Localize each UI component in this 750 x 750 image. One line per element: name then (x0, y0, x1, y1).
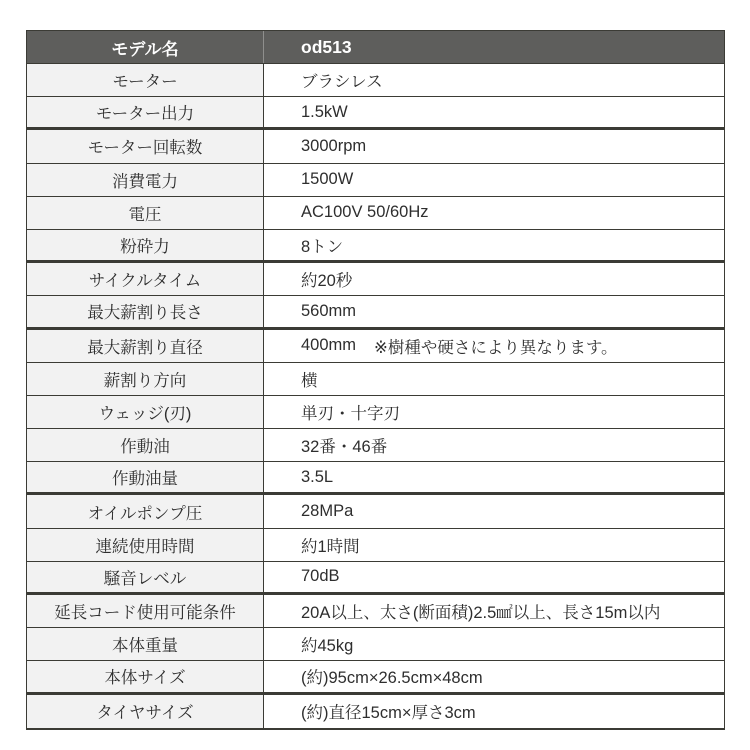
spec-row: 消費電力 1500W (27, 164, 724, 197)
spec-row: モーター出力 1.5kW (27, 97, 724, 130)
spec-label: オイルポンプ圧 (27, 495, 264, 527)
spec-row: モーター回転数 3000rpm (27, 130, 724, 163)
spec-value-text: 70dB (301, 567, 340, 586)
spec-row: 最大薪割り長さ 560mm (27, 296, 724, 329)
spec-row: 粉砕力 8トン (27, 230, 724, 263)
spec-label: 薪割り方向 (27, 363, 264, 395)
spec-value-text: 28MPa (301, 502, 353, 521)
spec-value-text: 3.5L (301, 468, 333, 487)
spec-label: ウェッジ(刃) (27, 396, 264, 428)
spec-value-text: 1.5kW (301, 103, 348, 122)
product-spec-table: モデル名 od513 モーター ブラシレス モーター出力 1.5kW モーター回… (26, 30, 725, 730)
spec-value-cell: 400mm ※樹種や硬さにより異なります。 (264, 330, 724, 362)
spec-label: 最大薪割り直径 (27, 330, 264, 362)
spec-label: 電圧 (27, 197, 264, 229)
spec-value-text: 3000rpm (301, 137, 366, 156)
spec-value-text: 20A以上、太さ(断面積)2.5㎟以上、長さ15m以内 (301, 599, 660, 623)
spec-row: 最大薪割り直径 400mm ※樹種や硬さにより異なります。 (27, 330, 724, 363)
spec-row: ウェッジ(刃) 単刃・十字刃 (27, 396, 724, 429)
spec-value-text: 400mm (301, 336, 356, 355)
spec-value-text: AC100V 50/60Hz (301, 203, 429, 222)
spec-value-cell: 単刃・十字刃 (264, 396, 724, 428)
spec-value-cell: 32番・46番 (264, 429, 724, 461)
spec-value-text: 横 (301, 367, 318, 391)
spec-row: 作動油量 3.5L (27, 462, 724, 495)
spec-row: モーター ブラシレス (27, 64, 724, 97)
spec-row: 本体サイズ (約)95cm×26.5cm×48cm (27, 661, 724, 694)
spec-value-cell: (約)直径15cm×厚さ3cm (264, 695, 724, 728)
header-model-name-label: モデル名 (27, 31, 264, 63)
spec-value-cell: ブラシレス (264, 64, 724, 96)
spec-value-text: 8トン (301, 233, 343, 257)
spec-value-text: (約)直径15cm×厚さ3cm (301, 699, 476, 723)
spec-value-cell: 約45kg (264, 628, 724, 660)
spec-row: 延長コード使用可能条件 20A以上、太さ(断面積)2.5㎟以上、長さ15m以内 (27, 595, 724, 628)
spec-label: 最大薪割り長さ (27, 296, 264, 326)
spec-label: 本体サイズ (27, 661, 264, 691)
spec-value-cell: 8トン (264, 230, 724, 260)
spec-value-cell: 約1時間 (264, 529, 724, 561)
spec-value-text: (約)95cm×26.5cm×48cm (301, 664, 483, 688)
spec-label: 連続使用時間 (27, 529, 264, 561)
spec-row: 電圧 AC100V 50/60Hz (27, 197, 724, 230)
spec-row: 騒音レベル 70dB (27, 562, 724, 595)
spec-value-cell: AC100V 50/60Hz (264, 197, 724, 229)
spec-value-cell: 70dB (264, 562, 724, 592)
spec-row: サイクルタイム 約20秒 (27, 263, 724, 296)
spec-value-text: 約20秒 (301, 267, 352, 291)
spec-value-cell: 1500W (264, 164, 724, 196)
spec-label: 粉砕力 (27, 230, 264, 260)
spec-value-text: 約45kg (301, 632, 353, 656)
spec-value-cell: 3000rpm (264, 130, 724, 162)
spec-value-note: ※樹種や硬さにより異なります。 (374, 334, 618, 358)
spec-label: 本体重量 (27, 628, 264, 660)
spec-value-cell: 20A以上、太さ(断面積)2.5㎟以上、長さ15m以内 (264, 595, 724, 627)
spec-row: 作動油 32番・46番 (27, 429, 724, 462)
spec-value-text: ブラシレス (301, 68, 383, 92)
spec-label: モーター回転数 (27, 130, 264, 162)
spec-value-text: 32番・46番 (301, 433, 387, 457)
spec-label: 騒音レベル (27, 562, 264, 592)
spec-value-text: 単刃・十字刃 (301, 400, 400, 424)
spec-value-cell: 560mm (264, 296, 724, 326)
spec-value-cell: 3.5L (264, 462, 724, 492)
spec-value-cell: 1.5kW (264, 97, 724, 127)
spec-label: 作動油 (27, 429, 264, 461)
spec-value-cell: 28MPa (264, 495, 724, 527)
spec-table-header-row: モデル名 od513 (27, 31, 724, 64)
spec-value-cell: (約)95cm×26.5cm×48cm (264, 661, 724, 691)
spec-value-cell: 約20秒 (264, 263, 724, 295)
spec-label: モーター (27, 64, 264, 96)
spec-label: サイクルタイム (27, 263, 264, 295)
spec-value-cell: 横 (264, 363, 724, 395)
spec-row: オイルポンプ圧 28MPa (27, 495, 724, 528)
spec-label: タイヤサイズ (27, 695, 264, 728)
spec-value-text: 1500W (301, 170, 353, 189)
spec-label: 延長コード使用可能条件 (27, 595, 264, 627)
spec-label: モーター出力 (27, 97, 264, 127)
spec-row: 薪割り方向 横 (27, 363, 724, 396)
spec-row: 連続使用時間 約1時間 (27, 529, 724, 562)
spec-row: タイヤサイズ (約)直径15cm×厚さ3cm (27, 695, 724, 728)
spec-value-text: 560mm (301, 302, 356, 321)
spec-label: 作動油量 (27, 462, 264, 492)
spec-value-text: 約1時間 (301, 533, 360, 557)
header-model-number: od513 (264, 31, 724, 63)
spec-row: 本体重量 約45kg (27, 628, 724, 661)
spec-label: 消費電力 (27, 164, 264, 196)
